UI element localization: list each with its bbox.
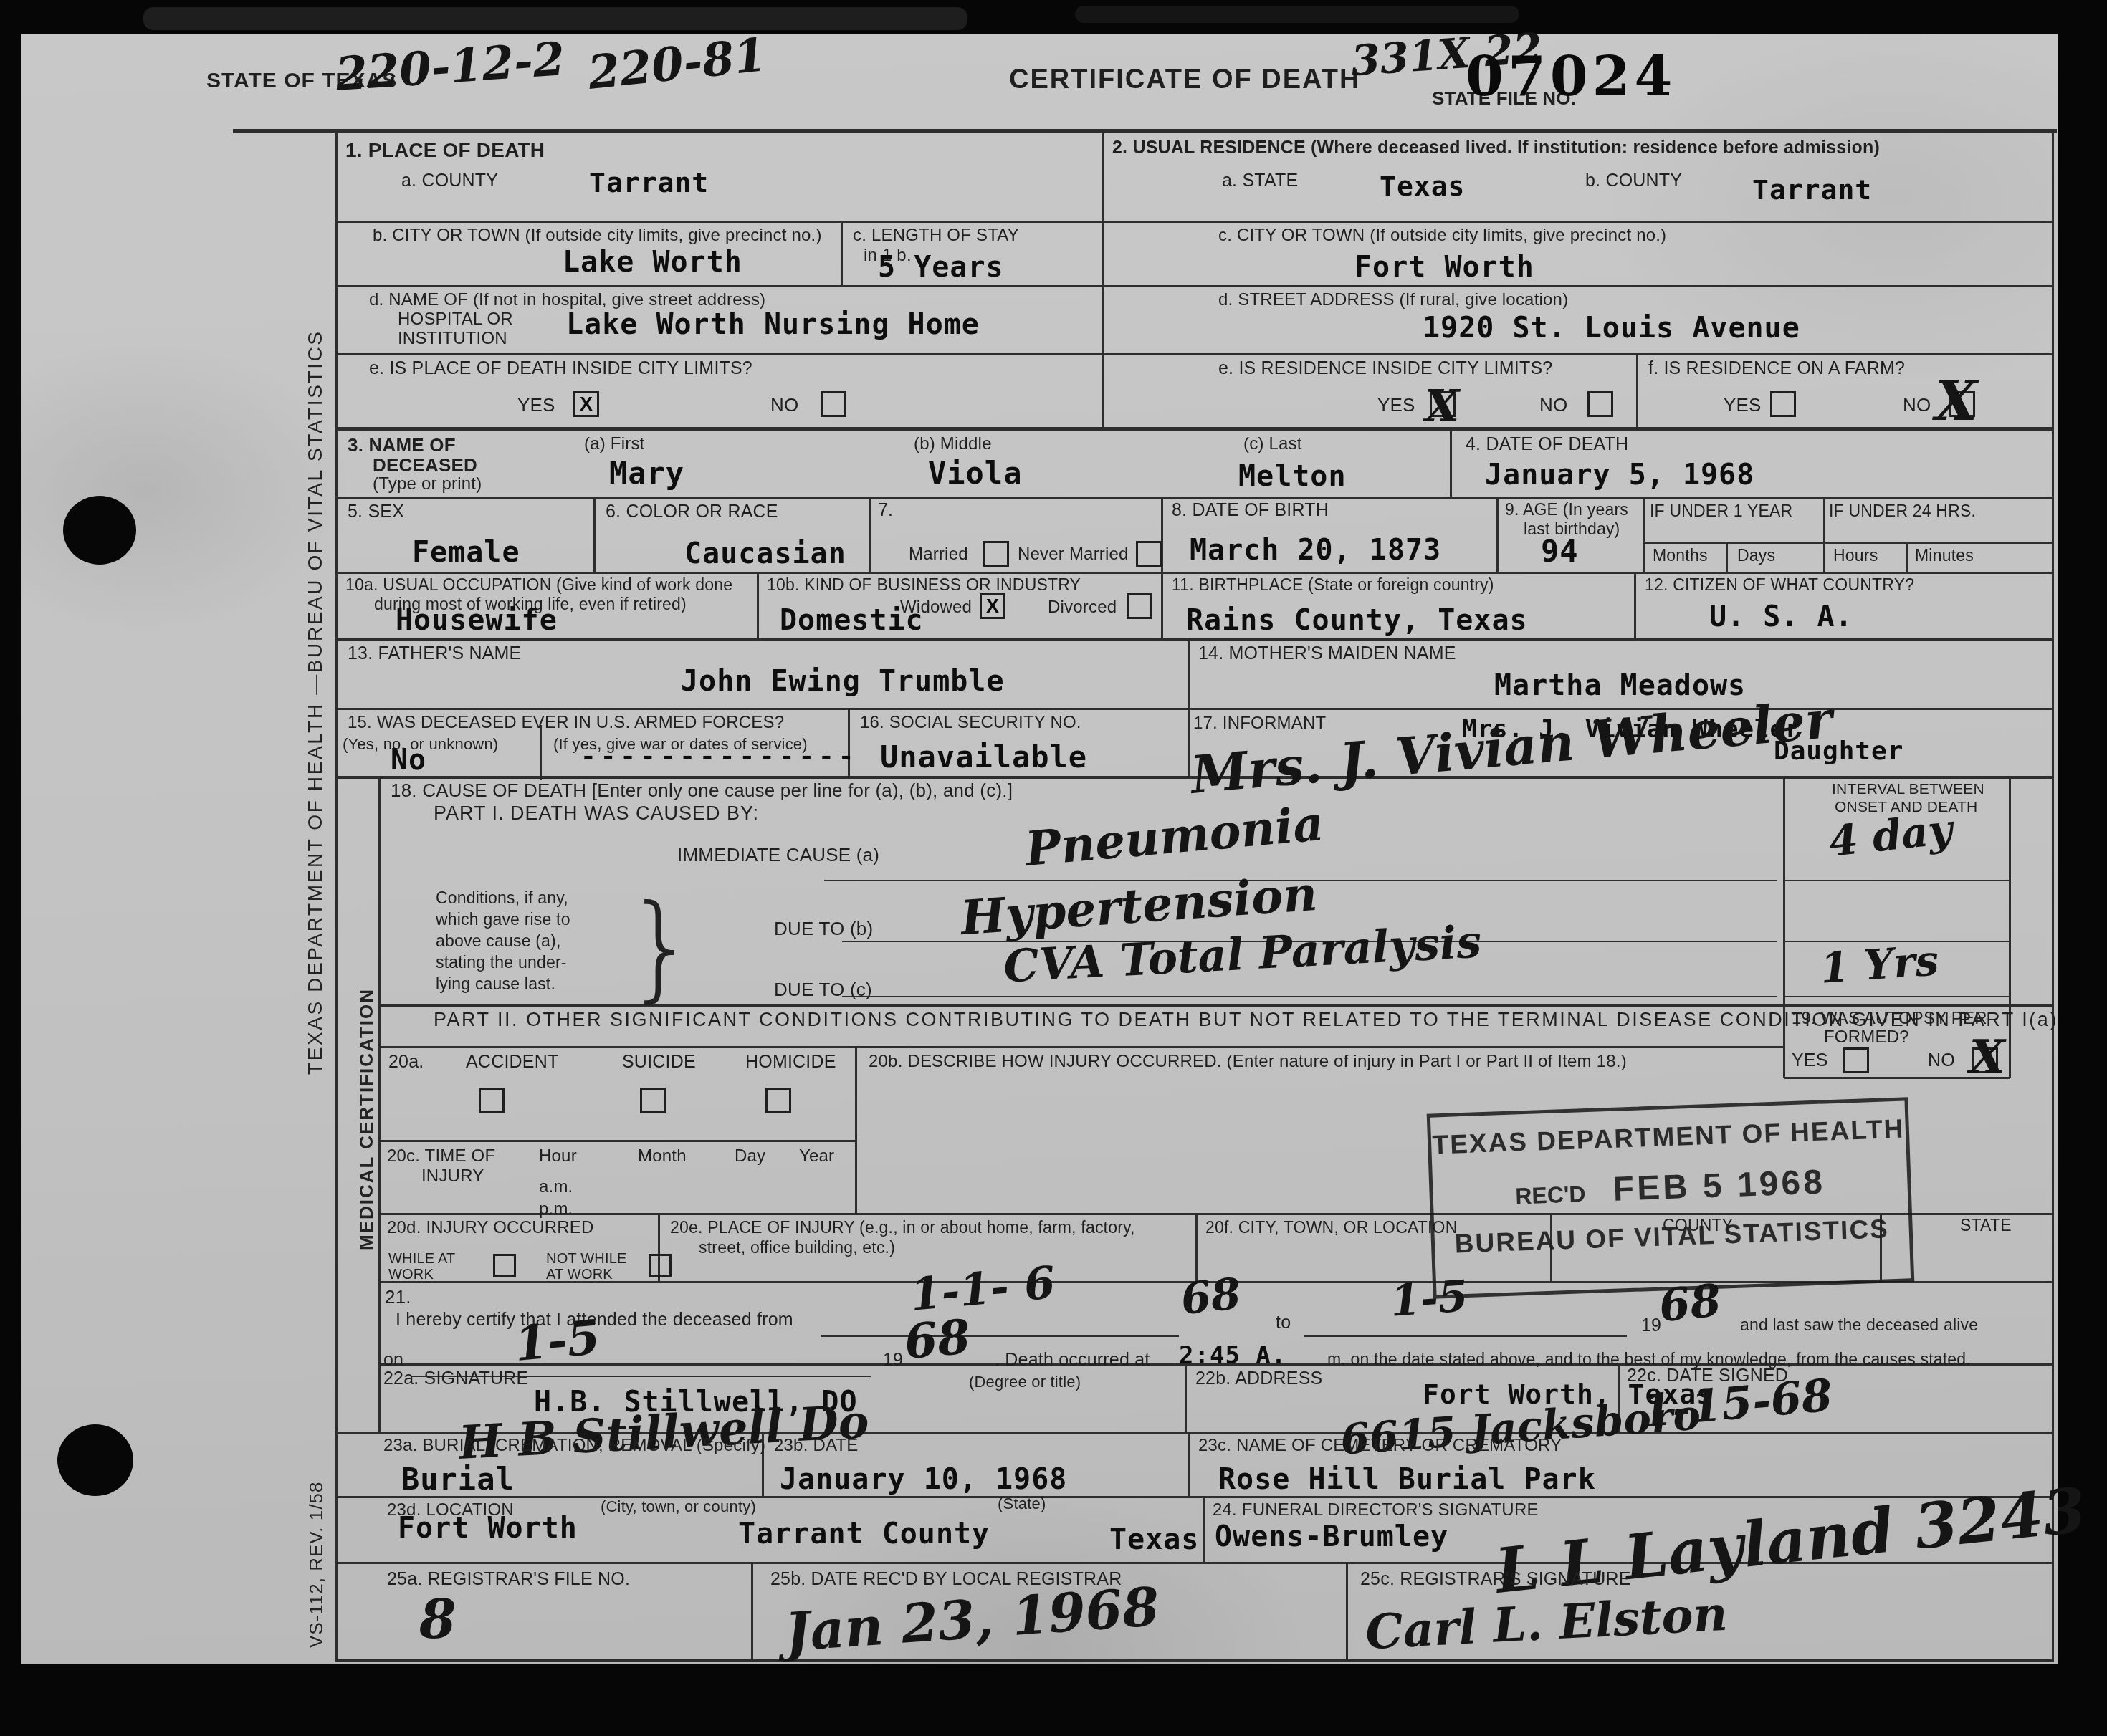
death-occurred-label: . Death occurred at	[995, 1350, 1150, 1371]
industry-label: 10b. KIND OF BUSINESS OR INDUSTRY	[767, 575, 1081, 595]
line	[869, 497, 871, 573]
line	[841, 221, 843, 287]
residence-county-label: b. COUNTY	[1585, 171, 1682, 191]
married-label: Married	[909, 545, 968, 565]
hour-label: Hour	[539, 1146, 577, 1166]
injury-city-label: 20f. CITY, TOWN, OR LOCATION	[1205, 1218, 1458, 1237]
divorced-label: Divorced	[1048, 598, 1117, 618]
conditions-brace: }	[625, 880, 698, 1014]
handwritten-code-1: 220-12-2	[334, 32, 567, 102]
location-county-value: Tarrant County	[738, 1517, 990, 1550]
line	[1634, 572, 1636, 640]
conditions-line2: which gave rise to	[436, 910, 570, 929]
interval-line	[1784, 880, 2010, 881]
last-name-value: Melton	[1238, 460, 1347, 493]
age-label1: 9. AGE (In years	[1505, 500, 1628, 519]
autopsy-no-x: X	[1969, 1030, 2005, 1084]
if-under-24-hrs-label: IF UNDER 24 HRS.	[1829, 502, 1976, 521]
suicide-label: SUICIDE	[622, 1052, 696, 1073]
at-work-label: AT WORK	[546, 1267, 613, 1283]
physician-signature: H B Stillwell Do	[457, 1395, 870, 1470]
burial-date-label: 23b. DATE	[774, 1436, 858, 1456]
farm-no-x: X	[1935, 369, 1977, 433]
autopsy-label2: FORMED?	[1824, 1027, 1909, 1047]
cause-of-death-heading: 18. CAUSE OF DEATH [Enter only one cause…	[391, 780, 1013, 802]
while-at-work-checkbox	[493, 1254, 516, 1277]
interval-c-value: 1 Yrs	[1819, 936, 1941, 992]
department-vertical-label: TEXAS DEPARTMENT OF HEALTH —BUREAU OF VI…	[304, 330, 327, 1075]
death-limits-no-label: NO	[770, 394, 798, 416]
form-layer: STATE OF TEXAS 220-12-2 220-81 CERTIFICA…	[0, 0, 2107, 1736]
not-while-label: NOT WHILE	[546, 1251, 627, 1267]
street-address-label: d. STREET ADDRESS (If rural, give locati…	[1218, 290, 1568, 310]
location-state-value: Texas	[1109, 1523, 1199, 1556]
date-of-birth-label: 8. DATE OF BIRTH	[1172, 500, 1329, 521]
never-married-checkbox	[1136, 541, 1162, 567]
line	[1636, 353, 1638, 428]
race-value: Caucasian	[684, 537, 846, 570]
farm-yes-checkbox	[1770, 391, 1796, 417]
middle-name-label: (b) Middle	[914, 434, 992, 454]
work-label: WORK	[388, 1267, 434, 1283]
conditions-line1: Conditions, if any,	[436, 888, 568, 908]
line	[380, 1140, 856, 1142]
county-of-death-label: a. COUNTY	[401, 171, 498, 191]
stamp-recd: REC'D	[1515, 1181, 1586, 1209]
father-name-label: 13. FATHER'S NAME	[348, 643, 522, 664]
am-label: a.m.	[539, 1177, 573, 1197]
certify-line	[821, 1335, 1179, 1337]
death-time-value: 2:45 A.	[1179, 1341, 1286, 1370]
hospital-value: Lake Worth Nursing Home	[566, 308, 980, 341]
medical-certification-label: MEDICAL CERTIFICATION	[355, 988, 378, 1250]
first-name-label: (a) First	[584, 434, 644, 454]
line	[337, 353, 2053, 355]
burial-value: Burial	[401, 1462, 515, 1497]
age-value: 94	[1541, 534, 1579, 569]
line	[540, 725, 542, 780]
certify-on-label: on	[383, 1350, 403, 1371]
county-of-death-value: Tarrant	[589, 167, 709, 198]
date-of-death-value: January 5, 1968	[1485, 459, 1754, 491]
conditions-line5: lying cause last.	[436, 974, 555, 994]
registrar-file-label: 25a. REGISTRAR'S FILE NO.	[387, 1569, 630, 1590]
location-sub2: (State)	[998, 1495, 1046, 1513]
handwritten-code-2: 220-81	[586, 28, 769, 100]
mother-name-value: Martha Meadows	[1494, 669, 1746, 702]
line	[1346, 1562, 1348, 1661]
attended-from-year-hw: 68	[1179, 1269, 1243, 1325]
injury-occurred-label: 20d. INJURY OCCURRED	[387, 1218, 594, 1238]
usual-residence-heading: 2. USUAL RESIDENCE (Where deceased lived…	[1112, 138, 1880, 158]
citizen-value: U. S. A.	[1709, 600, 1853, 633]
married-checkbox	[983, 541, 1009, 567]
burial-date-value: January 10, 1968	[780, 1463, 1067, 1496]
line	[1188, 1432, 1190, 1497]
registrar-signature-value: Carl L. Elston	[1364, 1586, 1729, 1660]
line	[337, 1659, 2053, 1662]
first-name-value: Mary	[609, 456, 684, 491]
attended-to-year-hw: 68	[1656, 1274, 1723, 1333]
item-20a-label: 20a.	[388, 1052, 424, 1073]
certify-text-end: and last saw the deceased alive	[1740, 1315, 1978, 1335]
autopsy-yes-checkbox	[1843, 1047, 1869, 1073]
day-label: Day	[735, 1146, 765, 1166]
marital-label: 7.	[878, 500, 893, 521]
place-of-injury-label1: 20e. PLACE OF INJURY (e.g., in or about …	[670, 1218, 1135, 1237]
sex-label: 5. SEX	[348, 502, 404, 522]
funeral-director-label: 24. FUNERAL DIRECTOR'S SIGNATURE	[1213, 1500, 1539, 1520]
line	[337, 285, 2053, 287]
line	[593, 497, 596, 573]
interval-header1: INTERVAL BETWEEN	[1832, 781, 1984, 798]
place-of-death-heading: 1. PLACE OF DEATH	[345, 139, 545, 162]
death-year-hw: 68	[902, 1308, 973, 1370]
race-label: 6. COLOR OR RACE	[606, 502, 778, 522]
residence-county-value: Tarrant	[1752, 174, 1872, 206]
due-to-c-label: DUE TO (c)	[774, 979, 872, 1001]
registrar-signature-label: 25c. REGISTRAR'S SIGNATURE	[1360, 1569, 1631, 1590]
middle-name-value: Viola	[928, 456, 1022, 491]
location-sub1: (City, town, or county)	[601, 1497, 756, 1516]
line	[1203, 1496, 1205, 1563]
death-city-limits-label: e. IS PLACE OF DEATH INSIDE CITY LIMITS?	[369, 358, 752, 379]
line	[337, 1496, 2053, 1498]
name-of-deceased-label1: 3. NAME OF	[348, 434, 456, 456]
if-under-1-year-label: IF UNDER 1 YEAR	[1650, 502, 1792, 521]
armed-forces-dashes: --------------	[580, 742, 858, 772]
autopsy-no-label: NO	[1928, 1050, 1955, 1071]
line	[757, 572, 759, 640]
describe-injury-label: 20b. DESCRIBE HOW INJURY OCCURRED. (Ente…	[869, 1052, 1627, 1072]
line	[1161, 572, 1163, 640]
death-limits-no-checkbox	[821, 391, 846, 417]
attended-to-hw: 1-5	[1389, 1271, 1470, 1326]
widowed-checkbox: X	[980, 593, 1005, 619]
conditions-line3: above cause (a),	[436, 931, 561, 951]
hospital-label: d. NAME OF (If not in hospital, give str…	[369, 290, 765, 310]
occupation-value: Housewife	[396, 604, 558, 637]
immediate-cause-label: IMMEDIATE CAUSE (a)	[677, 844, 879, 866]
item-21-label: 21.	[385, 1286, 411, 1308]
line	[1906, 542, 1908, 573]
residence-farm-label: f. IS RESIDENCE ON A FARM?	[1648, 358, 1905, 379]
cemetery-label: 23c. NAME OF CEMETERY OR CREMATORY	[1198, 1436, 1562, 1456]
punch-hole	[63, 496, 136, 565]
birthplace-label: 11. BIRTHPLACE (State or foreign country…	[1172, 575, 1494, 595]
certify-to-label: to	[1276, 1313, 1291, 1333]
residence-city-value: Fort Worth	[1354, 251, 1534, 284]
stamp-date: FEB 5 1968	[1612, 1163, 1826, 1208]
year-prefix-2: 19	[883, 1350, 903, 1371]
line	[233, 129, 2057, 133]
farm-no-label: NO	[1903, 394, 1931, 416]
signature-label: 22a. SIGNATURE	[383, 1368, 528, 1389]
place-of-injury-label2: street, office building, etc.)	[699, 1238, 895, 1257]
length-of-stay-value: 5 Years	[878, 251, 1004, 284]
death-limits-yes-checkbox: X	[573, 391, 599, 417]
line	[751, 1562, 753, 1661]
injury-state-label: STATE	[1960, 1216, 2012, 1235]
date-of-death-label: 4. DATE OF DEATH	[1466, 434, 1628, 455]
burial-label: 23a. BURIAL, CREMATION, REMOVAL (Specify…	[383, 1436, 765, 1456]
time-of-injury-label1: 20c. TIME OF	[387, 1146, 495, 1166]
line	[2052, 133, 2054, 1662]
armed-forces-label: 15. WAS DECEASED EVER IN U.S. ARMED FORC…	[348, 713, 784, 733]
address-label: 22b. ADDRESS	[1195, 1368, 1323, 1389]
line	[1195, 1213, 1198, 1282]
line	[1783, 776, 1785, 1078]
location-city-value: Fort Worth	[398, 1512, 578, 1545]
hospital-label2: HOSPITAL OR	[398, 310, 513, 330]
residence-state-label: a. STATE	[1222, 171, 1298, 191]
autopsy-label1: 19. WAS AUTOPSY PER-	[1792, 1009, 1993, 1029]
accident-label: ACCIDENT	[466, 1052, 558, 1073]
informant-signature: Mrs. J. Vivian Wheeler	[1188, 689, 1835, 805]
funeral-firm-value: Owens-Brumley	[1215, 1520, 1448, 1553]
line	[1823, 497, 1825, 573]
line	[855, 1046, 857, 1214]
part1-label: PART I. DEATH WAS CAUSED BY:	[434, 802, 759, 825]
birthplace-value: Rains County, Texas	[1186, 604, 1528, 637]
suicide-checkbox	[640, 1088, 666, 1113]
city-of-death-label: b. CITY OR TOWN (If outside city limits,…	[373, 226, 822, 246]
line	[1726, 542, 1728, 573]
certify-line	[1304, 1335, 1627, 1337]
month-label: Month	[638, 1146, 687, 1166]
days-label: Days	[1737, 546, 1775, 565]
street-address-value: 1920 St. Louis Avenue	[1423, 312, 1800, 345]
last-name-label: (c) Last	[1243, 434, 1302, 454]
industry-value: Domestic	[780, 604, 924, 637]
homicide-label: HOMICIDE	[745, 1052, 836, 1073]
city-of-death-value: Lake Worth	[563, 246, 742, 279]
due-to-b-label: DUE TO (b)	[774, 918, 873, 940]
interval-line	[1784, 996, 2010, 997]
residence-limits-label: e. IS RESIDENCE INSIDE CITY LIMITS?	[1218, 358, 1552, 379]
typed-x-mark: X	[986, 595, 999, 618]
form-code-label: VS-112, REV. 1/58	[305, 1482, 328, 1648]
stamp-line2: BUREAU OF VITAL STATISTICS	[1434, 1213, 1909, 1260]
minutes-label: Minutes	[1915, 546, 1974, 565]
farm-yes-label: YES	[1724, 394, 1762, 416]
cause-a-value: Pneumonia	[1023, 795, 1325, 877]
line	[1188, 638, 1190, 709]
line	[378, 776, 381, 1433]
line	[335, 133, 338, 1662]
father-name-value: John Ewing Trumble	[681, 665, 1004, 698]
not-while-at-work-checkbox	[649, 1254, 672, 1277]
citizen-label: 12. CITIZEN OF WHAT COUNTRY?	[1645, 575, 1914, 595]
line	[337, 221, 2053, 223]
months-label: Months	[1653, 546, 1708, 565]
informant-label: 17. INFORMANT	[1193, 714, 1326, 734]
hospital-label3: INSTITUTION	[398, 329, 507, 349]
year-label: Year	[799, 1146, 834, 1166]
hours-label: Hours	[1833, 546, 1878, 565]
line	[1644, 542, 2053, 544]
death-limits-yes-label: YES	[517, 394, 555, 416]
typed-x-mark: X	[580, 393, 593, 416]
registrar-file-value: 8	[419, 1589, 457, 1651]
residence-city-label: c. CITY OR TOWN (If outside city limits,…	[1218, 226, 1666, 246]
autopsy-yes-label: YES	[1792, 1050, 1828, 1071]
stamp-line1: TEXAS DEPARTMENT OF HEALTH	[1431, 1114, 1906, 1161]
line	[380, 1046, 1784, 1048]
cause-c-line	[842, 996, 1777, 997]
line	[1102, 133, 1104, 430]
residence-limits-yes-label: YES	[1377, 394, 1415, 416]
line	[2009, 776, 2011, 1078]
line	[1450, 427, 1452, 498]
received-stamp: TEXAS DEPARTMENT OF HEALTH REC'D FEB 5 1…	[1427, 1097, 1915, 1298]
ssn-label: 16. SOCIAL SECURITY NO.	[860, 713, 1081, 733]
accident-checkbox	[479, 1088, 505, 1113]
length-of-stay-label: c. LENGTH OF STAY	[853, 226, 1019, 246]
certificate-title: CERTIFICATE OF DEATH	[1009, 64, 1360, 95]
sex-value: Female	[412, 536, 520, 569]
date-of-birth-value: March 20, 1873	[1190, 534, 1441, 567]
state-file-number: 07024	[1466, 44, 1676, 108]
degree-or-title-label: (Degree or title)	[969, 1373, 1081, 1391]
divorced-checkbox	[1127, 593, 1152, 619]
residence-state-value: Texas	[1380, 171, 1465, 202]
time-of-injury-label2: INJURY	[421, 1166, 484, 1186]
residence-limits-no-checkbox	[1587, 391, 1613, 417]
occupation-label1: 10a. USUAL OCCUPATION (Give kind of work…	[345, 575, 732, 595]
name-of-deceased-label3: (Type or print)	[373, 474, 482, 494]
line	[337, 427, 2053, 431]
line	[1185, 1363, 1187, 1433]
line	[1496, 497, 1499, 573]
pm-label: p.m.	[539, 1199, 573, 1219]
mother-name-label: 14. MOTHER'S MAIDEN NAME	[1198, 643, 1456, 664]
death-on-date-hw: 1-5	[512, 1309, 603, 1372]
certificate-paper: STATE OF TEXAS 220-12-2 220-81 CERTIFICA…	[21, 34, 2058, 1664]
punch-hole	[57, 1424, 133, 1496]
armed-forces-value: No	[391, 744, 426, 777]
conditions-line4: stating the under-	[436, 953, 567, 972]
name-of-deceased-label2: DECEASED	[373, 454, 477, 476]
line	[337, 638, 2053, 641]
scanned-death-certificate: STATE OF TEXAS 220-12-2 220-81 CERTIFICA…	[0, 0, 2107, 1736]
homicide-checkbox	[765, 1088, 791, 1113]
ssn-value: Unavailable	[880, 739, 1087, 775]
while-at-label: WHILE AT	[388, 1251, 455, 1267]
year-prefix-1: 19	[1641, 1315, 1661, 1336]
residence-limits-yes-x: X	[1425, 380, 1459, 432]
line	[1643, 497, 1645, 573]
residence-limits-no-label: NO	[1539, 394, 1567, 416]
cemetery-value: Rose Hill Burial Park	[1218, 1463, 1596, 1496]
never-married-label: Never Married	[1018, 545, 1129, 565]
